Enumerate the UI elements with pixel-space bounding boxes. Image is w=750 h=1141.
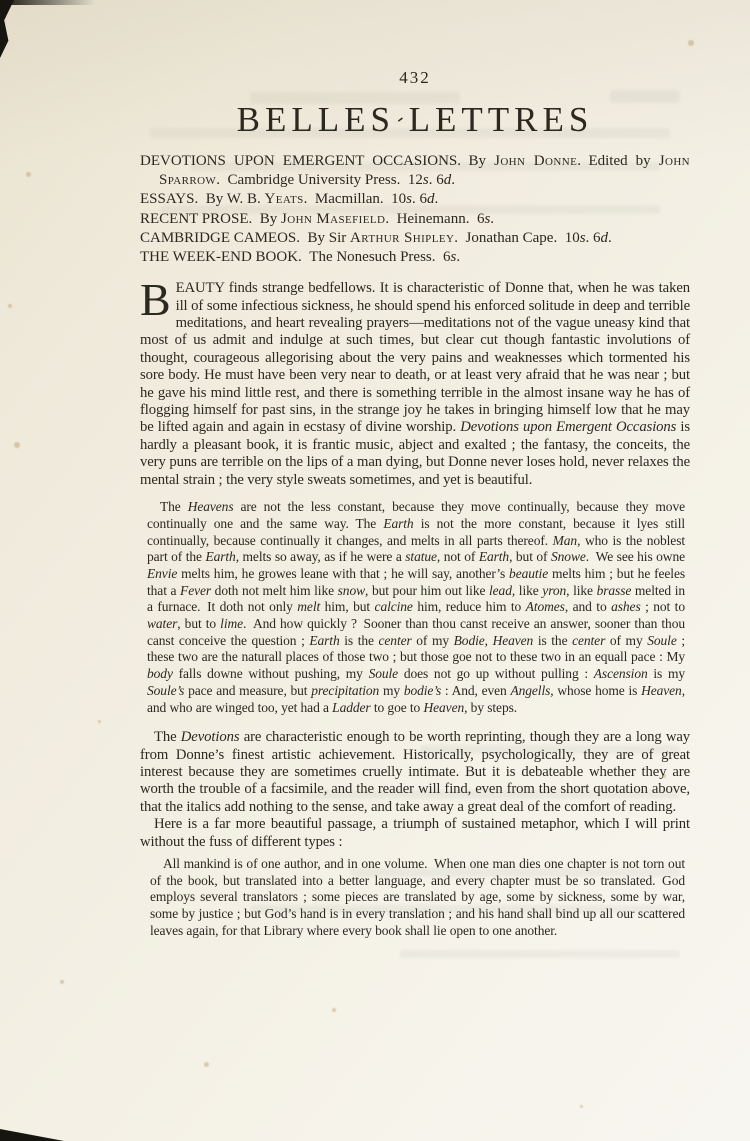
foxing-spot [26,172,31,177]
foxing-spot [60,980,64,984]
book-entry: DEVOTIONS UPON EMERGENT OCCASIONS. By Jo… [140,152,690,190]
book-entry: THE WEEK-END BOOK. The Nonesuch Press. 6… [140,248,690,267]
book-entry: CAMBRIDGE CAMEOS. By Sir Arthur Shipley.… [140,229,690,248]
review-paragraph-2: The Devotions are characteristic enough … [140,729,690,816]
book-entry: RECENT PROSE. By John Masefield. Heinema… [140,210,690,229]
foxing-spot [8,304,12,308]
foxing-spot [332,1008,336,1012]
review-paragraph-1: BEAUTY finds strange bedfellows. It is c… [140,280,690,489]
foxing-spot [98,720,101,723]
page-title-right: LETTRES [409,100,594,139]
bleed-through-artifact [400,950,680,958]
page-title: BELLES-LETTRES [140,100,690,140]
page-number: 432 [140,68,690,88]
drop-cap: B [140,280,176,316]
quoted-passage-2: All mankind is of one author, and in one… [150,856,685,940]
page-edge-shadow [0,0,14,58]
foxing-spot [688,40,694,46]
page-edge-shadow [0,1129,64,1141]
foxing-spot [204,1062,209,1067]
quoted-passage-1: The Heavens are not the less constant, b… [147,499,685,716]
book-entry: ESSAYS. By W. B. Yeats. Macmillan. 10s. … [140,190,690,209]
review-paragraph-3: Here is a far more beautiful passage, a … [140,816,690,851]
page-title-left: BELLES [237,100,395,139]
foxing-spot [580,1105,583,1108]
page-edge-shadow [0,0,95,5]
scanned-page: 432 BELLES-LETTRES DEVOTIONS UPON EMERGE… [0,0,750,1141]
page-content: 432 BELLES-LETTRES DEVOTIONS UPON EMERGE… [140,68,690,940]
review-paragraph-1-text: EAUTY finds strange bedfellows. It is ch… [140,280,690,487]
reviewed-books-list: DEVOTIONS UPON EMERGENT OCCASIONS. By Jo… [140,152,690,267]
foxing-spot [14,442,20,448]
